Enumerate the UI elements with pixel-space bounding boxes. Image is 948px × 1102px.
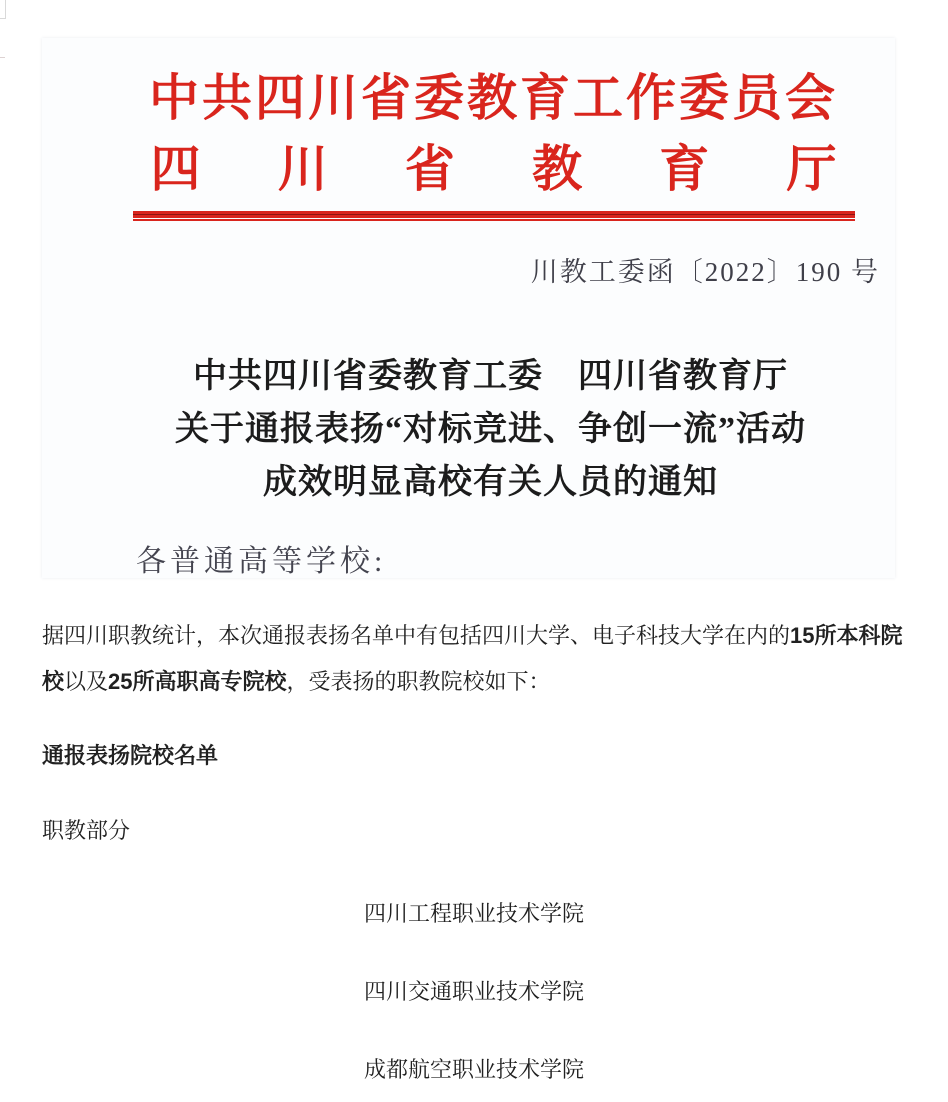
school-list-item: 四川工程职业技术学院 — [0, 891, 948, 937]
intro-paragraph: 据四川职教统计，本次通报表扬名单中有包括四川大学、电子科技大学在内的15所本科院… — [42, 613, 918, 705]
edge-artifact-tick — [0, 57, 5, 58]
red-divider-rule — [133, 211, 855, 221]
intro-text: 据四川职教统计，本次通报表扬名单中有包括四川大学、电子科技大学在内的 — [42, 623, 790, 648]
org-name-char: 川 — [278, 141, 328, 197]
document-title-line2: 关于通报表扬“对标竞进、争创一流”活动 — [64, 403, 895, 456]
org-name-char: 四 — [151, 141, 201, 197]
section-label: 职教部分 — [42, 808, 918, 854]
page: { "letterhead": { "accent_red": "#d9251d… — [0, 0, 948, 1102]
org-name-char: 省 — [405, 141, 455, 197]
intro-text: 以及 — [64, 669, 108, 694]
intro-bold-text: 25所高职高专院校 — [108, 669, 286, 694]
red-rule-thin-line — [133, 219, 855, 221]
document-number: 川教工委函〔2022〕190 号 — [531, 250, 880, 289]
edge-artifact-corner — [0, 0, 6, 19]
org-name-char: 厅 — [786, 141, 836, 197]
org-name-char: 教 — [532, 141, 582, 197]
school-list-item: 四川交通职业技术学院 — [0, 969, 948, 1015]
org-name-char: 育 — [659, 141, 709, 197]
org-name-line2: 四川省教育厅 — [151, 141, 837, 197]
intro-text: ，受表扬的职教院校如下： — [287, 669, 551, 694]
salutation: 各普通高等学校: — [136, 536, 386, 578]
letterhead-scan-image[interactable]: 中共四川省委教育工作委员会 四川省教育厅 川教工委函〔2022〕190 号 中共… — [42, 38, 895, 578]
letterhead-block: 中共四川省委教育工作委员会 四川省教育厅 — [67, 68, 895, 221]
article-body: 据四川职教统计，本次通报表扬名单中有包括四川大学、电子科技大学在内的15所本科院… — [0, 578, 948, 1093]
list-heading: 通报表扬院校名单 — [42, 733, 918, 779]
school-list-item: 成都航空职业技术学院 — [0, 1047, 948, 1093]
document-title-line3: 成效明显高校有关人员的通知 — [64, 456, 895, 509]
document-title: 中共四川省委教育工委 四川省教育厅 关于通报表扬“对标竞进、争创一流”活动 成效… — [64, 350, 895, 509]
document-title-line1: 中共四川省委教育工委 四川省教育厅 — [64, 350, 895, 403]
org-name-line1: 中共四川省委教育工作委员会 — [67, 68, 895, 128]
school-list: 四川工程职业技术学院四川交通职业技术学院成都航空职业技术学院 — [0, 891, 948, 1093]
red-rule-thick-line — [133, 211, 855, 218]
